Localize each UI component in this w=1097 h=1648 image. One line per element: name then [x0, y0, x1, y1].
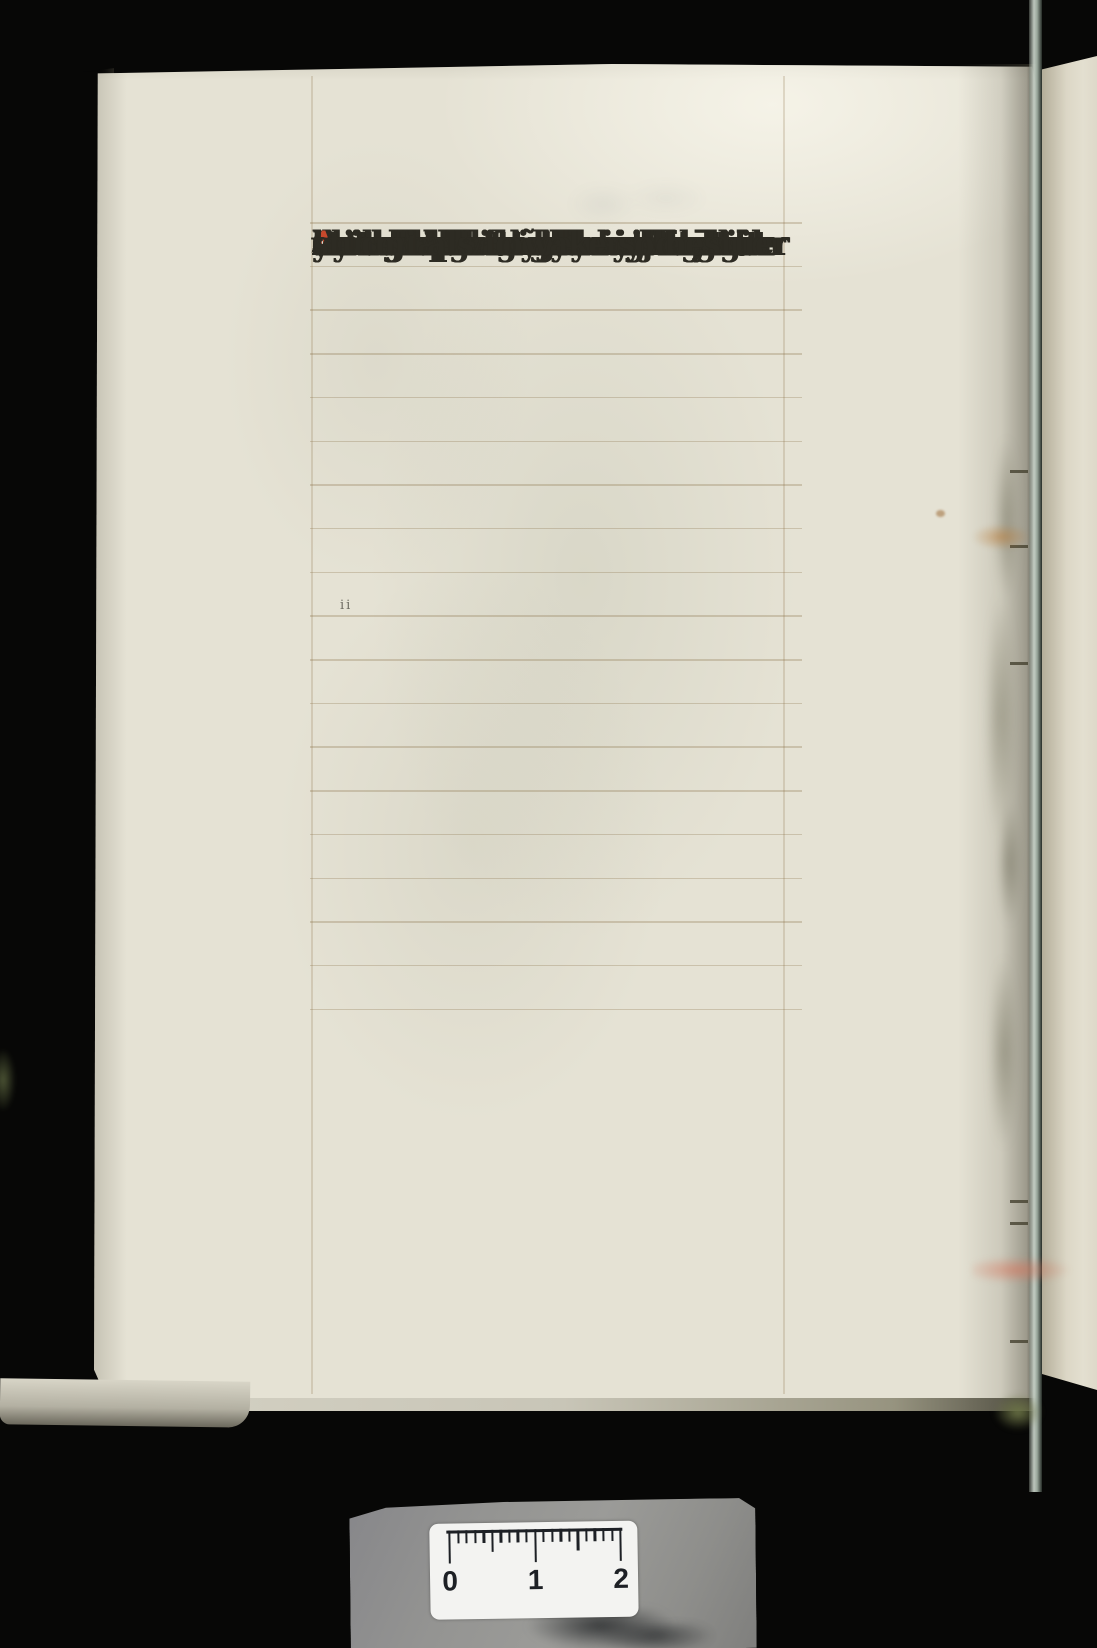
horizontal-rule — [310, 484, 802, 486]
ruler-tick — [577, 1528, 580, 1550]
ruler-tick — [568, 1529, 571, 1542]
horizontal-rule — [310, 528, 802, 530]
ruler-tick — [517, 1529, 520, 1542]
scale-card: 012 — [349, 1498, 757, 1648]
ruler-label: 1 — [520, 1564, 550, 1596]
ruler-tick — [448, 1531, 451, 1564]
ruler-tick — [594, 1528, 597, 1541]
gutter-dirt-smudge — [966, 330, 1024, 1190]
ruler-tick — [491, 1530, 494, 1552]
facing-page-sliver — [1042, 56, 1097, 1390]
ruler-tick — [457, 1530, 460, 1543]
ruler-tick — [551, 1529, 554, 1542]
ruler-tick — [465, 1530, 468, 1543]
horizontal-rule — [310, 353, 802, 355]
horizontal-rule — [310, 790, 802, 792]
ruler-tick — [559, 1529, 562, 1542]
vertical-rule — [311, 76, 313, 1394]
horizontal-rule — [310, 834, 802, 836]
red-pigment-smear — [972, 1256, 1072, 1284]
sewing-stitch — [1010, 1222, 1028, 1225]
sewing-stitch — [1010, 1200, 1028, 1203]
ruler-tick — [611, 1528, 614, 1541]
sewing-stitch — [1010, 1340, 1028, 1343]
margin-stain-dot — [936, 510, 945, 517]
ruler-tick — [602, 1528, 605, 1541]
ruler-label: 2 — [606, 1563, 636, 1595]
vertical-rule — [783, 76, 785, 1394]
green-edge-spot — [0, 1050, 15, 1110]
horizontal-rule — [310, 572, 802, 574]
horizontal-rule — [310, 441, 802, 443]
ruler-label: 0 — [435, 1565, 465, 1597]
text-line: stu mi als ic wake so bestuer/ — [312, 220, 790, 269]
green-fiber-fragment — [994, 1394, 1042, 1430]
ruler-tick — [542, 1529, 545, 1542]
ruler-tick — [500, 1530, 503, 1543]
binding-cover-corner — [0, 1378, 250, 1427]
card-shadow-blob — [596, 1623, 716, 1648]
ruler-tick — [474, 1530, 477, 1543]
horizontal-rule — [310, 1009, 802, 1011]
ruler-tick — [619, 1528, 622, 1561]
horizontal-rule — [310, 921, 802, 923]
ruler-tick — [525, 1529, 528, 1542]
text-segment: stu mi als ic wake so bestuer — [312, 220, 789, 269]
horizontal-rule — [310, 746, 802, 748]
ruler-tick — [585, 1528, 588, 1541]
sewing-stitch — [1010, 470, 1028, 473]
margin-stain — [972, 524, 1030, 550]
horizontal-rule — [310, 397, 802, 399]
ruler-tick — [482, 1530, 485, 1543]
horizontal-rule — [310, 615, 802, 617]
ruler-tick — [534, 1529, 537, 1562]
horizontal-rule — [310, 703, 802, 705]
interlinear-correction-mark: ii — [340, 598, 352, 613]
ruler-tick — [508, 1530, 511, 1543]
manuscript-photograph: mit di seluen also rijc ghe/maect heues … — [0, 0, 1097, 1648]
horizontal-rule — [310, 965, 802, 967]
line-filler-mark: / — [312, 220, 318, 269]
horizontal-rule — [310, 659, 802, 661]
ruler-sticker: 012 — [429, 1521, 638, 1620]
horizontal-rule — [310, 878, 802, 880]
sewing-stitch — [1010, 662, 1028, 665]
horizontal-rule — [310, 309, 802, 311]
